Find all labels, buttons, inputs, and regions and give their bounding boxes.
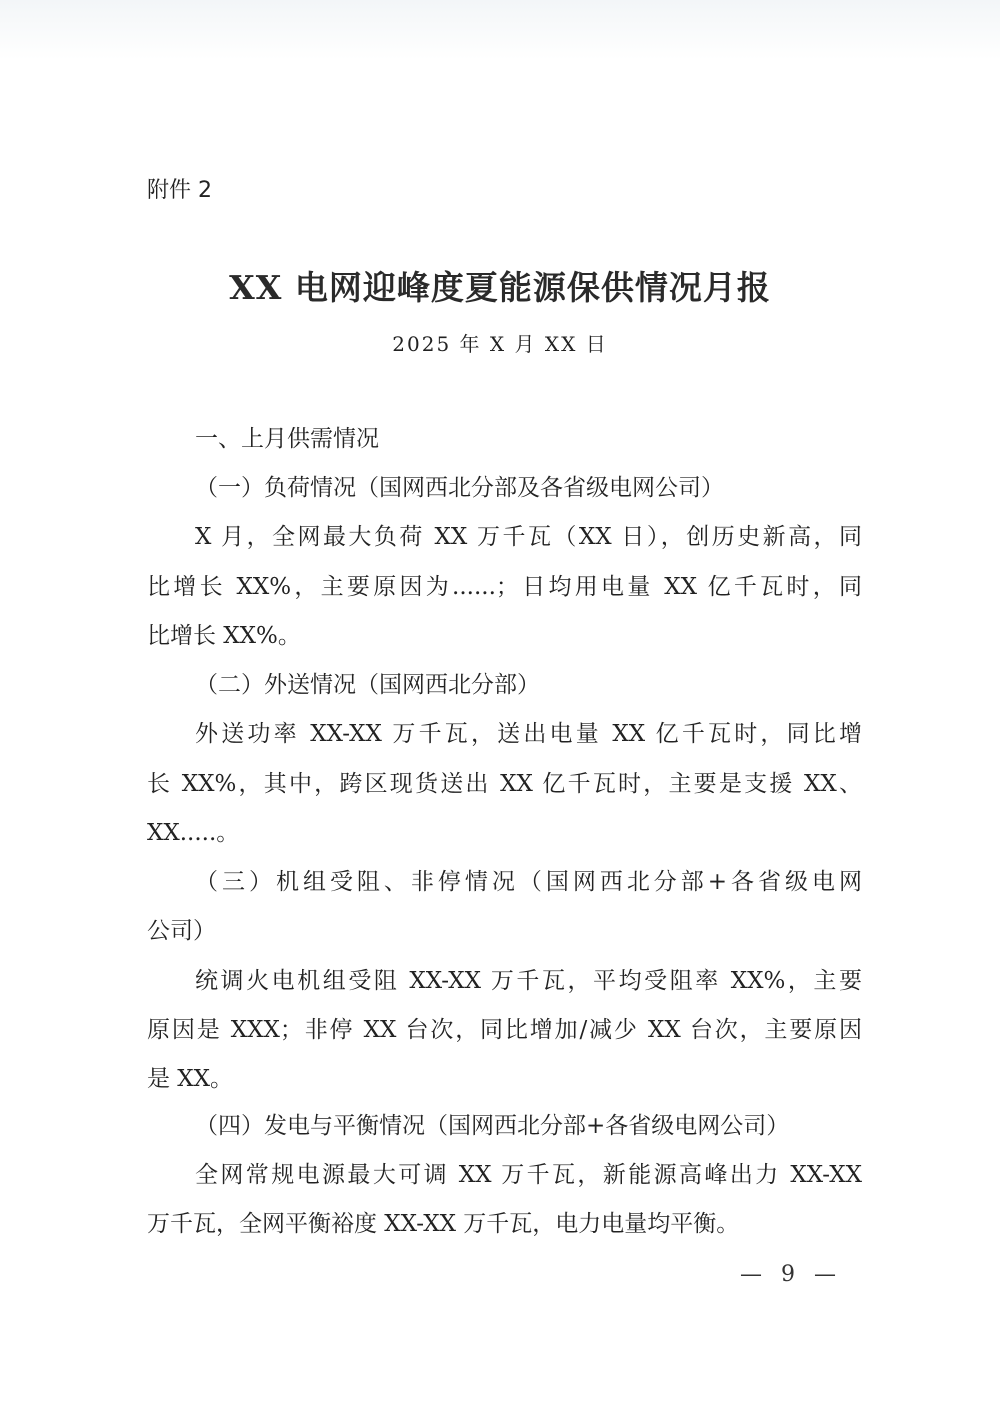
document-date: 2025 年 X 月 XX 日 [0, 328, 1000, 357]
subsection-heading-3-cont: 公司） [147, 916, 862, 946]
page-number: — 9 — [740, 1262, 842, 1287]
attachment-label: 附件 2 [147, 173, 212, 204]
document-page: 附件 2 XX 电网迎峰度夏能源保供情况月报 2025 年 X 月 XX 日 一… [0, 0, 1000, 1414]
paragraph-line: XX.....。 [147, 818, 862, 848]
paragraph-line: 比增长 XX%。 [147, 621, 862, 651]
section-heading-1: 一、上月供需情况 [195, 424, 910, 454]
paragraph-line: 外送功率 XX-XX 万千瓦，送出电量 XX 亿千瓦时，同比增 [195, 719, 862, 749]
paragraph-line: 原因是 XXX；非停 XX 台次，同比增加/减少 XX 台次，主要原因 [147, 1015, 862, 1045]
paragraph-line: 比增长 XX%，主要原因为......；日均用电量 XX 亿千瓦时，同 [147, 572, 862, 602]
document-title: XX 电网迎峰度夏能源保供情况月报 [0, 262, 1000, 309]
paragraph-line: 全网常规电源最大可调 XX 万千瓦，新能源高峰出力 XX-XX [195, 1160, 862, 1190]
subsection-heading-1: （一）负荷情况（国网西北分部及各省级电网公司） [195, 473, 910, 503]
paragraph-line: 是 XX。 [147, 1064, 862, 1094]
subsection-heading-2: （二）外送情况（国网西北分部） [195, 670, 910, 700]
paragraph-line: 长 XX%，其中，跨区现货送出 XX 亿千瓦时，主要是支援 XX、 [147, 769, 862, 799]
paragraph-line: 万千瓦，全网平衡裕度 XX-XX 万千瓦，电力电量均平衡。 [147, 1209, 862, 1239]
paragraph-line: X 月，全网最大负荷 XX 万千瓦（XX 日），创历史新高，同 [195, 522, 862, 552]
subsection-heading-3: （三）机组受阻、非停情况（国网西北分部+各省级电网 [195, 867, 862, 897]
paragraph-line: 统调火电机组受阻 XX-XX 万千瓦，平均受阻率 XX%，主要 [195, 966, 862, 996]
subsection-heading-4: （四）发电与平衡情况（国网西北分部+各省级电网公司） [195, 1111, 910, 1141]
